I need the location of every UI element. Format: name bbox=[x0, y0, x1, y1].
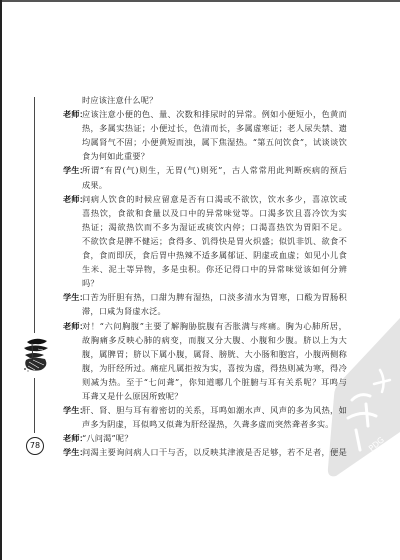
text-line: 问渴主要询问病人口干与否，以反映其津液是否足够，若不足者，便是 bbox=[82, 445, 347, 459]
text-line: 时应该注意什么呢？ bbox=[82, 93, 347, 107]
speaker-label: 学生： bbox=[63, 445, 82, 459]
paragraph-teacher: 老师： 对！“六问胸腹”主要了解胸胁脘腹有否胀满与疼痛。胸为心肺所居， 故胸痛多… bbox=[63, 319, 347, 404]
scan-border-left bbox=[0, 0, 2, 560]
margin-rule-upper bbox=[34, 97, 35, 333]
text-line: 滞，口咸为肾虚水泛。 bbox=[82, 304, 347, 318]
text-line: 口苦为肝胆有热，口甜为脾有湿热，口淡多清水为胃寒，口酸为胃肠积 bbox=[82, 290, 347, 304]
text-line: 腹，属脾胃；脐以下属小腹，属肾、膀胱、大小肠和胞宫，小腹两侧称少 bbox=[82, 347, 347, 361]
text-line: 耳聋又是什么原因所致呢？ bbox=[82, 389, 347, 403]
text-line: 不欲饮食是脾不健运；食得多、饥得快是胃火炽盛；似饥非饥、欲食不 bbox=[82, 234, 347, 248]
paragraph-teacher: 老师： “八问渴”呢？ bbox=[63, 431, 347, 445]
text-line: 肝、肾、胆与耳有着密切的关系，耳鸣如潮水声、风声的多为风热，如蝉 bbox=[82, 403, 347, 417]
text-line: “八问渴”呢？ bbox=[82, 431, 347, 445]
speaker-label: 学生： bbox=[63, 290, 82, 304]
text-line: 吗？ bbox=[82, 276, 347, 290]
text-line: 食，食而即厌，食后胃中热辣不适多属郁证、阴虚或血虚；如见小儿食 bbox=[82, 248, 347, 262]
speaker-label: 老师： bbox=[63, 431, 82, 445]
speaker-label: 老师： bbox=[63, 107, 82, 121]
text-line: 食为何如此重要？ bbox=[82, 149, 347, 163]
text-line: 故胸痛多反映心肺的病变，而腹又分大腹、小腹和少腹。脐以上为大 bbox=[82, 333, 347, 347]
watermark-label: PDG bbox=[367, 435, 386, 453]
speaker-label: 学生： bbox=[63, 163, 82, 177]
text-line: 问病人饮食的时候应留意是否有口渴或不欲饮，饮水多少，喜凉饮或 bbox=[82, 192, 347, 206]
text-line: 对！“六问胸腹”主要了解胸胁脘腹有否胀满与疼痛。胸为心肺所居， bbox=[82, 319, 347, 333]
text-line: 声多为阴虚，耳似鸣又似聋为肝经湿热，久聋多虚而突然聋者多实。 bbox=[82, 417, 347, 431]
paragraph-student: 学生： 口苦为肝胆有热，口甜为脾有湿热，口淡多清水为胃寒，口酸为胃肠积 滞，口咸… bbox=[63, 290, 347, 318]
page-number: 78 bbox=[26, 437, 44, 455]
text-line: 喜热饮，食欲和食量以及口中的异常味觉等。口渴多饮且喜冷饮为实 bbox=[82, 206, 347, 220]
scan-border-top bbox=[0, 0, 400, 2]
speaker-label: 老师： bbox=[63, 192, 82, 206]
paragraph-student: 学生： 肝、肾、胆与耳有着密切的关系，耳鸣如潮水声、风声的多为风热，如蝉 声多为… bbox=[63, 403, 347, 431]
text-line: 热证；渴欲热饮而不多为湿证或痰饮内停；口渴喜热饮为胃阳不足。 bbox=[82, 220, 347, 234]
page-body: 时应该注意什么呢？ 老师： 应该注意小便的色、量、次数和排尿时的异常。例如小便短… bbox=[63, 93, 347, 459]
speaker-label: 老师： bbox=[63, 319, 82, 333]
text-line: 热，多属实热证；小便过长，色清而长，多属虚寒证；老人尿失禁、遗尿 bbox=[82, 121, 347, 135]
speaker-label: 学生： bbox=[63, 403, 82, 417]
text-line: 所谓“有胃(气)则生，无胃(气)则死”，古人常常用此判断疾病的预后 bbox=[82, 163, 347, 177]
paragraph-teacher: 老师： 问病人饮食的时候应留意是否有口渴或不欲饮，饮水多少，喜凉饮或 喜热饮，食… bbox=[63, 192, 347, 291]
text-line: 则减为热。至于“七问聋”，你知道哪几个脏腑与耳有关系呢？耳鸣与 bbox=[82, 375, 347, 389]
text-line: 成果。 bbox=[82, 178, 347, 192]
text-line: 腹，为肝经所过。痛症凡属拒按为实，喜按为虚，得热则减为寒，得冷 bbox=[82, 361, 347, 375]
paragraph-continuation: 时应该注意什么呢？ bbox=[63, 93, 347, 107]
ink-tree-illustration-icon bbox=[21, 336, 51, 374]
paragraph-teacher: 老师： 应该注意小便的色、量、次数和排尿时的异常。例如小便短小，色黄而 热，多属… bbox=[63, 107, 347, 163]
paragraph-student: 学生： 问渴主要询问病人口干与否，以反映其津液是否足够，若不足者，便是 bbox=[63, 445, 347, 459]
margin-rule-lower bbox=[34, 378, 35, 433]
paragraph-student: 学生： 所谓“有胃(气)则生，无胃(气)则死”，古人常常用此判断疾病的预后 成果… bbox=[63, 163, 347, 191]
text-line: 应该注意小便的色、量、次数和排尿时的异常。例如小便短小，色黄而 bbox=[82, 107, 347, 121]
text-line: 生米、泥土等异物，多是虫积。你还记得口中的异常味觉该如何分辨 bbox=[82, 262, 347, 276]
text-line: 均属肾气不固；小便黄短而浊，属下焦湿热。“第五问饮食”，试谈谈饮 bbox=[82, 135, 347, 149]
